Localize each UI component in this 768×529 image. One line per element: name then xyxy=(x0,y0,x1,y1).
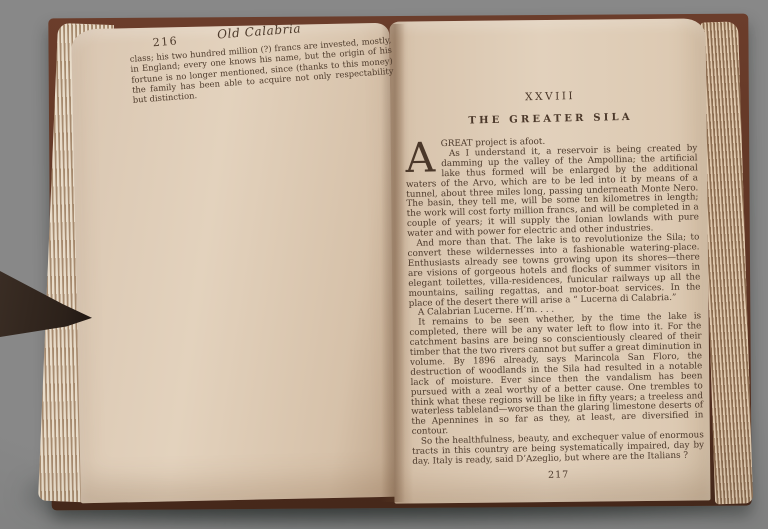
left-folio: 216 xyxy=(152,34,178,49)
paragraph-4: It remains to be seen whether, by the ti… xyxy=(409,313,704,438)
chapter-title: THE GREATER SILA xyxy=(405,110,697,128)
paragraph-5: So the healthfulness, beauty, and excheq… xyxy=(412,431,705,467)
photo-of-open-book: 216 Old Calabria class; his two hundred … xyxy=(0,0,768,529)
gutter-shadow xyxy=(381,24,405,502)
paragraph-2: And more than that. The lake is to revol… xyxy=(407,233,700,309)
drop-cap: A xyxy=(405,140,441,180)
paragraph-1: As I understand it, a reservoir is being… xyxy=(406,143,699,239)
right-page-content: XXVIII THE GREATER SILA AGREAT project i… xyxy=(404,87,705,483)
paragraph-opening: AGREAT project is afoot. As I understand… xyxy=(405,134,699,240)
